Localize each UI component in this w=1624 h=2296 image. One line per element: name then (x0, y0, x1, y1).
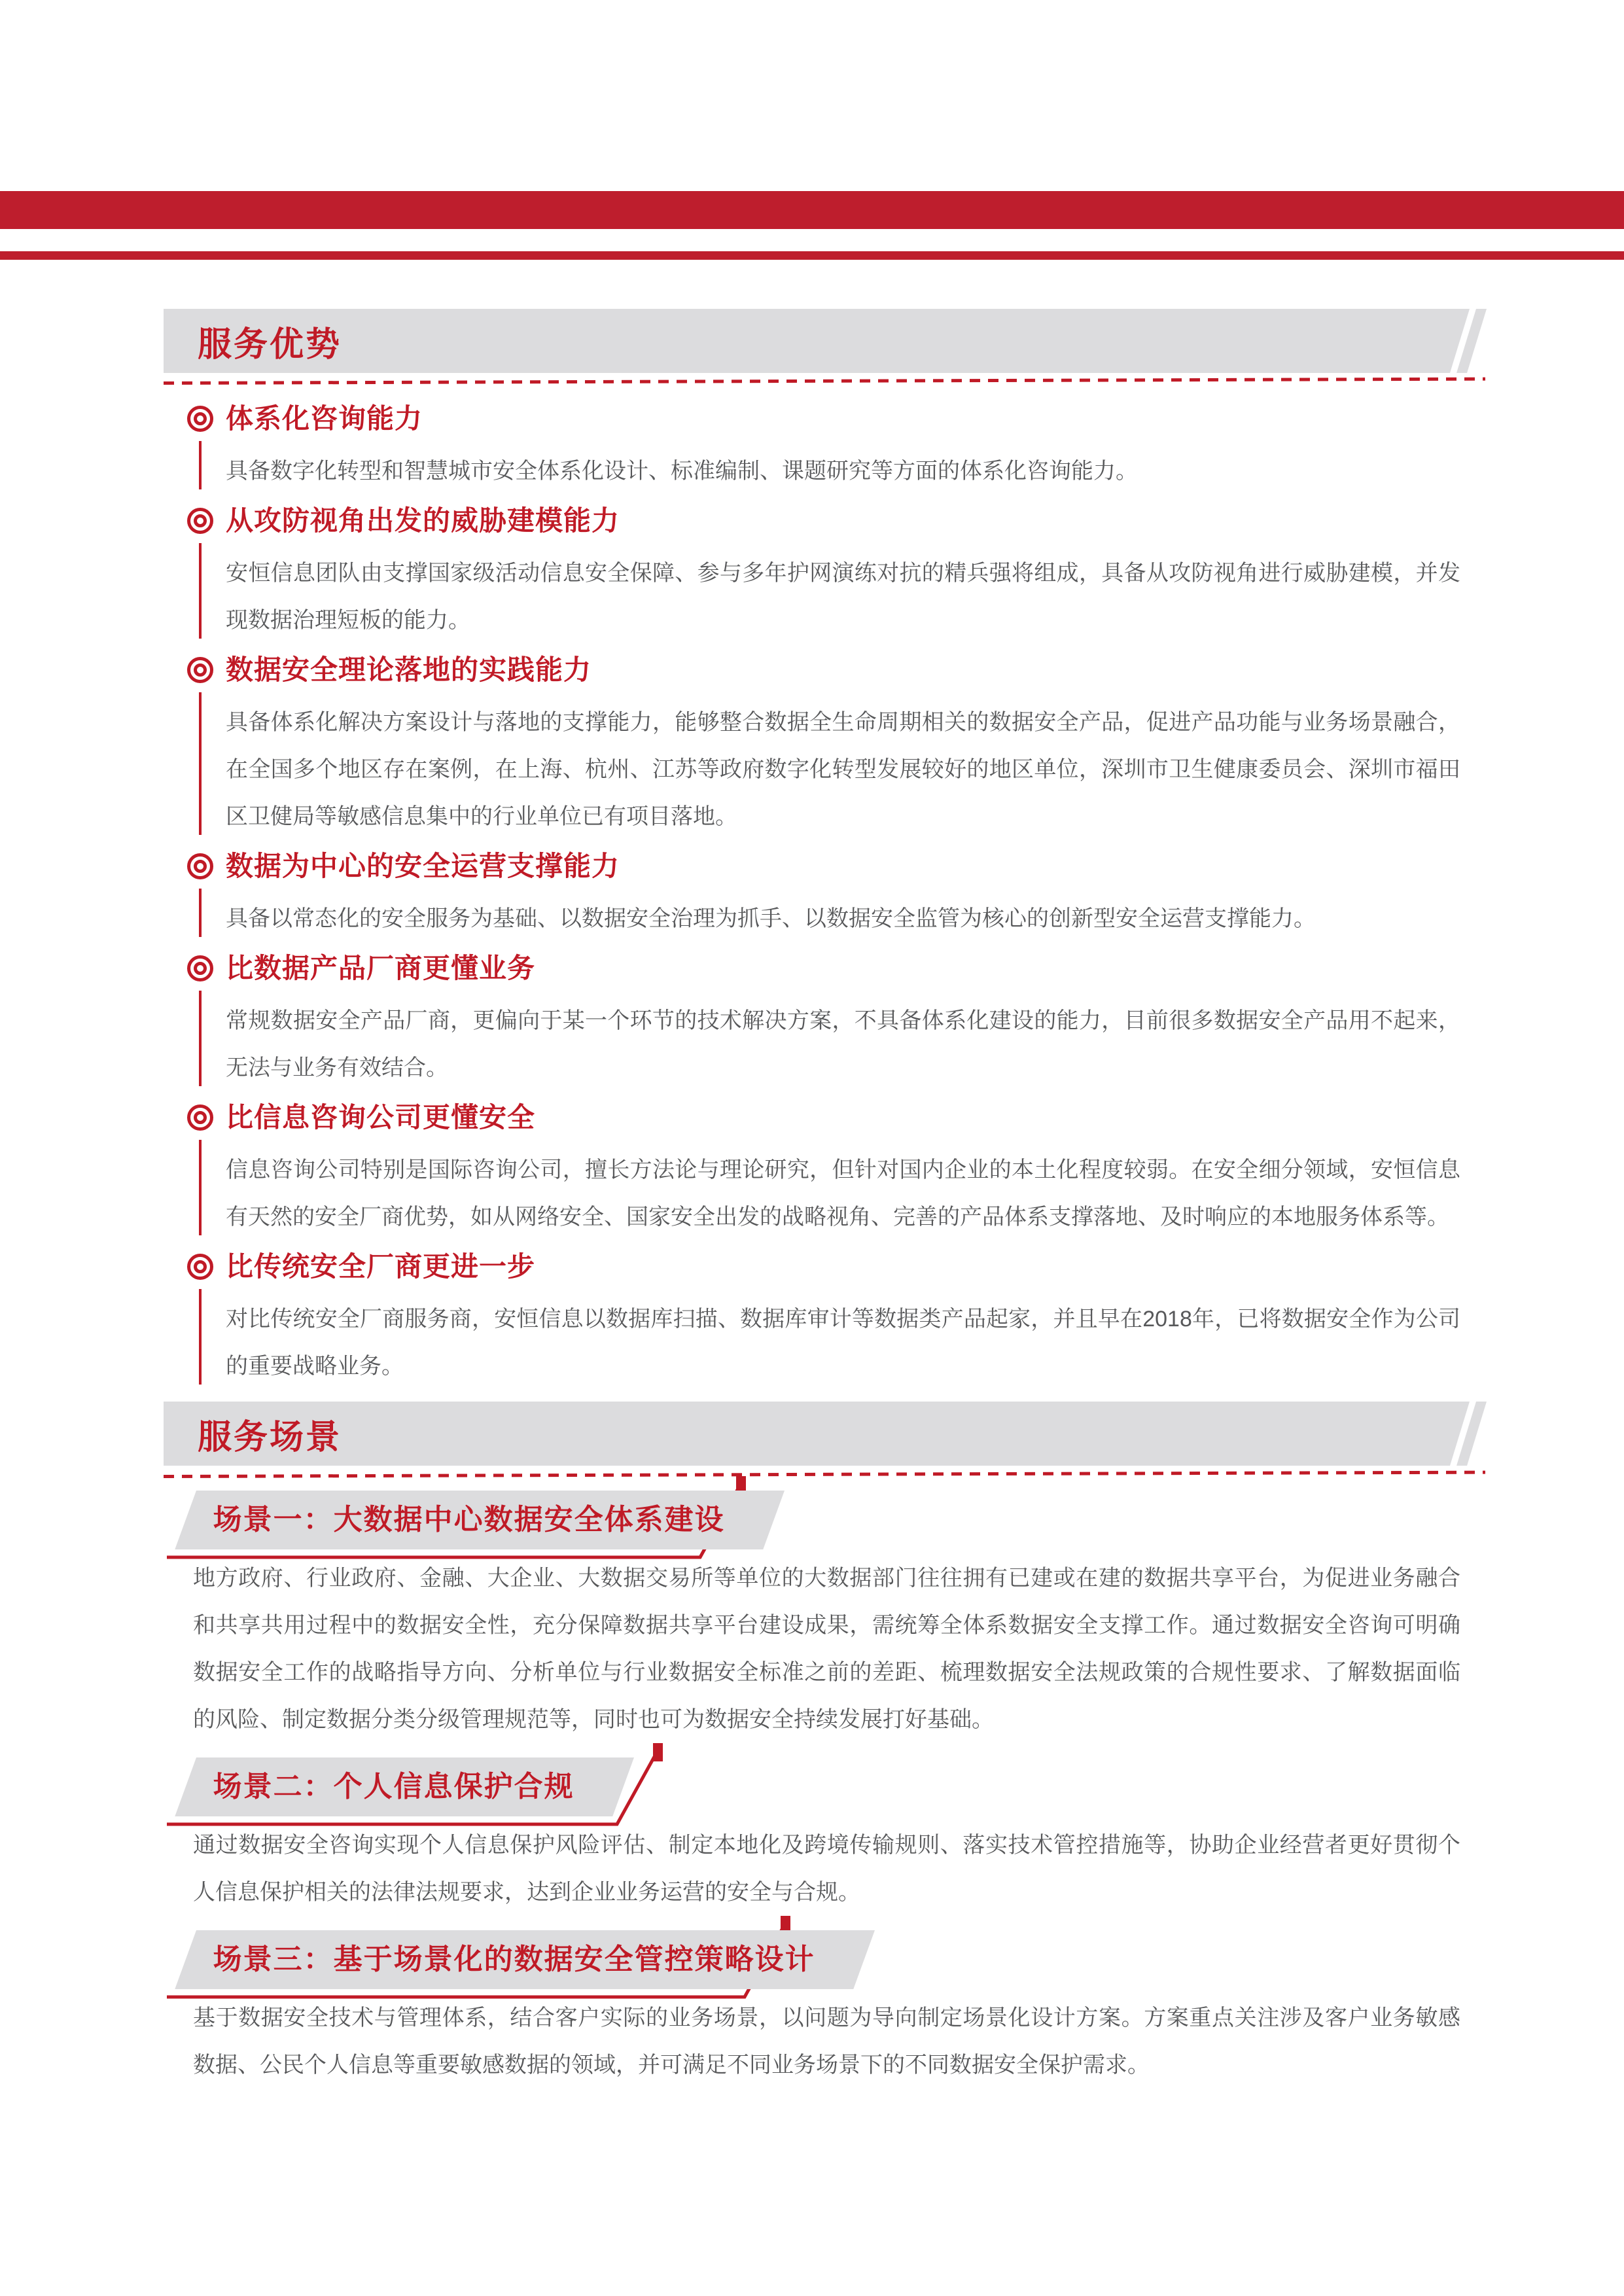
scenario-title: 场景一：大数据中心数据安全体系建设 (213, 1491, 725, 1549)
advantage-title: 比信息咨询公司更懂安全 (226, 1103, 535, 1132)
vertical-rule (199, 1140, 202, 1235)
advantage-body: 具备体系化解决方案设计与落地的支撑能力，能够整合数据全生命周期相关的数据安全产品… (226, 699, 1460, 840)
advantage-item: 数据安全理论落地的实践能力 具备体系化解决方案设计与落地的支撑能力，能够整合数据… (164, 656, 1485, 852)
advantage-item: 数据为中心的安全运营支撑能力 具备以常态化的安全服务为基础、以数据安全治理为抓手… (164, 852, 1485, 954)
advantage-title: 数据安全理论落地的实践能力 (226, 656, 591, 684)
bullseye-icon (186, 404, 215, 433)
advantage-title: 比数据产品厂商更懂业务 (226, 954, 535, 983)
scenario-header: 场景三：基于场景化的数据安全管控策略设计 (164, 1930, 1485, 1989)
scenario-item: 场景三：基于场景化的数据安全管控策略设计 基于数据安全技术与管理体系，结合客户实… (164, 1930, 1485, 2089)
advantage-body: 安恒信息团队由支撑国家级活动信息安全保障、参与多年护网演练对抗的精兵强将组成，具… (226, 550, 1460, 644)
scenario-title: 场景二：个人信息保护合规 (213, 1757, 574, 1816)
scenario-header: 场景一：大数据中心数据安全体系建设 (164, 1491, 1485, 1549)
advantage-body: 对比传统安全厂商服务商，安恒信息以数据库扫描、数据库审计等数据类产品起家，并且早… (226, 1296, 1460, 1390)
scenario-banner-background: 场景二：个人信息保护合规 (175, 1757, 634, 1816)
scenario-title: 场景三：基于场景化的数据安全管控策略设计 (213, 1930, 815, 1989)
advantage-title: 从攻防视角出发的威胁建模能力 (226, 506, 620, 535)
bullseye-icon (186, 656, 215, 684)
bullseye-icon (186, 506, 215, 535)
banner-background: 服务优势 (164, 309, 1485, 373)
advantage-body: 具备数字化转型和智慧城市安全体系化设计、标准编制、课题研究等方面的体系化咨询能力… (226, 448, 1460, 495)
advantage-item: 从攻防视角出发的威胁建模能力 安恒信息团队由支撑国家级活动信息安全保障、参与多年… (164, 506, 1485, 656)
scenario-header: 场景二：个人信息保护合规 (164, 1757, 1485, 1816)
advantage-item: 比传统安全厂商更进一步 对比传统安全厂商服务商，安恒信息以数据库扫描、数据库审计… (164, 1252, 1485, 1402)
advantage-heading-row: 比数据产品厂商更懂业务 (164, 954, 1485, 983)
advantage-item: 比数据产品厂商更懂业务 常规数据安全产品厂商，更偏向于某一个环节的技术解决方案，… (164, 954, 1485, 1103)
advantage-heading-row: 数据安全理论落地的实践能力 (164, 656, 1485, 684)
advantages-section-banner: 服务优势 (164, 309, 1485, 373)
scenario-item: 场景二：个人信息保护合规 通过数据安全咨询实现个人信息保护风险评估、制定本地化及… (164, 1757, 1485, 1916)
scenario-item: 场景一：大数据中心数据安全体系建设 地方政府、行业政府、金融、大企业、大数据交易… (164, 1491, 1485, 1743)
vertical-rule (199, 889, 202, 937)
scenario-banner-background: 场景一：大数据中心数据安全体系建设 (175, 1491, 785, 1549)
top-red-bar (0, 191, 1624, 229)
page-content: 服务优势 体系化咨询能力 具备数字化转型和智慧城市安全体系化设计、标准编制、课题… (164, 309, 1485, 2103)
advantage-heading-row: 体系化咨询能力 (164, 404, 1485, 433)
advantage-title: 数据为中心的安全运营支撑能力 (226, 852, 620, 881)
advantage-heading-row: 比传统安全厂商更进一步 (164, 1252, 1485, 1281)
advantage-title: 体系化咨询能力 (226, 404, 423, 433)
advantage-body: 具备以常态化的安全服务为基础、以数据安全治理为抓手、以数据安全监管为核心的创新型… (226, 895, 1460, 942)
banner-background: 服务场景 (164, 1402, 1485, 1466)
document-page: { "colors": { "bar_red": "#be1e2d", "bra… (0, 0, 1624, 2296)
scenarios-section-banner: 服务场景 (164, 1402, 1485, 1466)
advantage-heading-row: 数据为中心的安全运营支撑能力 (164, 852, 1485, 881)
bullseye-icon (186, 1252, 215, 1281)
advantage-body: 信息咨询公司特别是国际咨询公司，擅长方法论与理论研究，但针对国内企业的本土化程度… (226, 1146, 1460, 1241)
advantage-body: 常规数据安全产品厂商，更偏向于某一个环节的技术解决方案，不具备体系化建设的能力，… (226, 997, 1460, 1091)
scenario-banner-background: 场景三：基于场景化的数据安全管控策略设计 (175, 1930, 875, 1989)
bullseye-icon (186, 954, 215, 983)
scenario-body: 地方政府、行业政府、金融、大企业、大数据交易所等单位的大数据部门往往拥有已建或在… (193, 1555, 1460, 1743)
vertical-rule (199, 991, 202, 1086)
scenario-body: 基于数据安全技术与管理体系，结合客户实际的业务场景，以问题为导向制定场景化设计方… (193, 1994, 1460, 2089)
advantage-item: 体系化咨询能力 具备数字化转型和智慧城市安全体系化设计、标准编制、课题研究等方面… (164, 404, 1485, 506)
advantage-heading-row: 比信息咨询公司更懂安全 (164, 1103, 1485, 1132)
advantages-section-title: 服务优势 (164, 317, 342, 366)
dashed-divider (164, 378, 1485, 385)
vertical-rule (199, 692, 202, 835)
vertical-rule (199, 543, 202, 639)
advantage-title: 比传统安全厂商更进一步 (226, 1252, 535, 1281)
dashed-divider (164, 1471, 1485, 1478)
advantage-heading-row: 从攻防视角出发的威胁建模能力 (164, 506, 1485, 535)
vertical-rule (199, 1289, 202, 1385)
bullseye-icon (186, 852, 215, 881)
bullseye-icon (186, 1103, 215, 1132)
scenarios-section-title: 服务场景 (164, 1409, 342, 1458)
top-thin-red-bar (0, 251, 1624, 260)
advantage-item: 比信息咨询公司更懂安全 信息咨询公司特别是国际咨询公司，擅长方法论与理论研究，但… (164, 1103, 1485, 1252)
scenario-body: 通过数据安全咨询实现个人信息保护风险评估、制定本地化及跨境传输规则、落实技术管控… (193, 1822, 1460, 1916)
vertical-rule (199, 441, 202, 489)
